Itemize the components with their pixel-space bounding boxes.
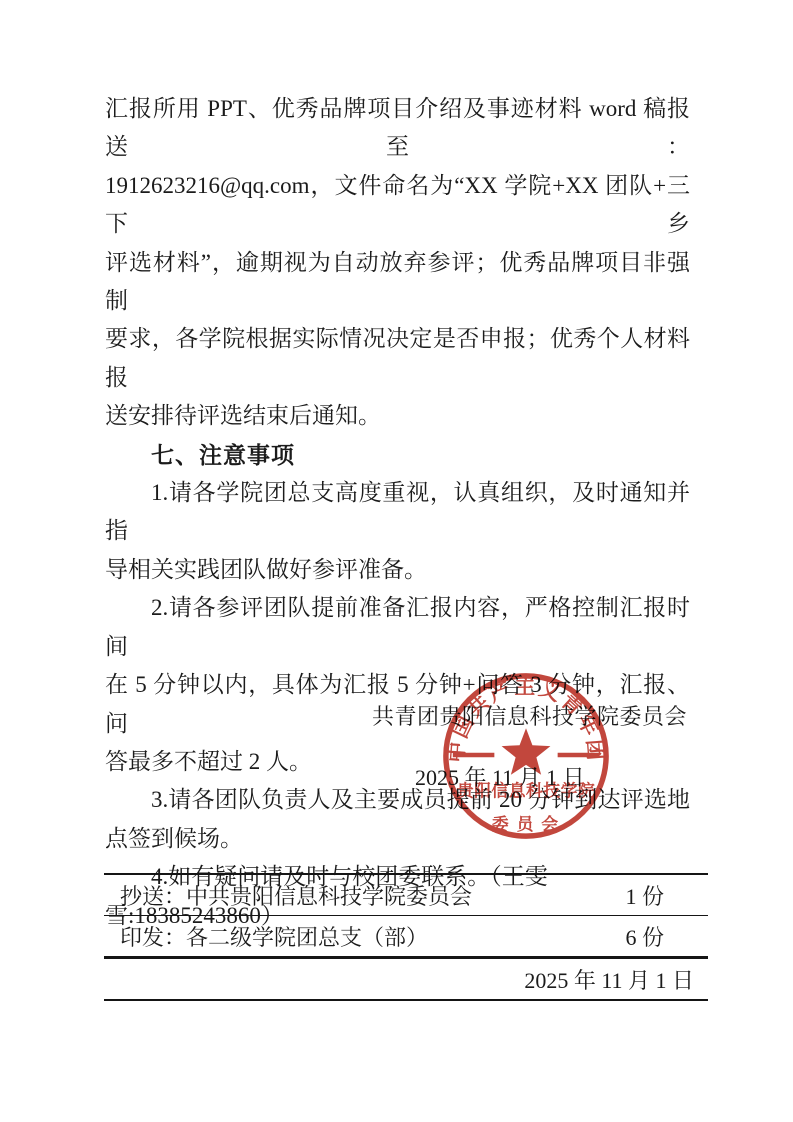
body-line: 送安排待评选结束后通知。 xyxy=(105,397,690,435)
print-date: 2025 年 11 月 1 日 xyxy=(524,964,694,995)
document-page: 汇报所用 PPT、优秀品牌项目介绍及事迹材料 word 稿报送至： 191262… xyxy=(0,0,793,1122)
section-heading: 七、注意事项 xyxy=(105,436,690,474)
print-date-row: 2025 年 11 月 1 日 xyxy=(104,956,708,999)
copy-to-label: 抄送：中共贵阳信息科技学院委员会 xyxy=(120,880,472,911)
body-line: 要求，各学院根据实际情况决定是否申报；优秀个人材料报 xyxy=(105,320,690,397)
signature-org: 共青团贵阳信息科技学院委员会 xyxy=(372,702,687,732)
body-line: 汇报所用 PPT、优秀品牌项目介绍及事迹材料 word 稿报送至： xyxy=(105,90,690,167)
body-line: 评选材料”，逾期视为自动放弃参评；优秀品牌项目非强制 xyxy=(105,244,690,321)
document-body: 汇报所用 PPT、优秀品牌项目介绍及事迹材料 word 稿报送至： 191262… xyxy=(105,90,690,935)
body-line: 点签到候场。 xyxy=(105,820,690,858)
body-line: 1912623216@qq.com，文件命名为“XX 学院+XX 团队+三下乡 xyxy=(105,167,690,244)
issued-to-count: 6 份 xyxy=(625,921,664,952)
body-line: 2.请各参评团队提前准备汇报内容，严格控制汇报时间 xyxy=(105,589,690,666)
body-line: 1.请各学院团总支高度重视，认真组织，及时通知并指 xyxy=(105,474,690,551)
distribution-table: 抄送：中共贵阳信息科技学院委员会 1 份 印发：各二级学院团总支（部） 6 份 … xyxy=(104,873,708,1001)
distribution-row-copy-to: 抄送：中共贵阳信息科技学院委员会 1 份 xyxy=(104,873,708,915)
body-line: 3.请各团队负责人及主要成员提前 20 分钟到达评选地 xyxy=(105,781,690,819)
body-line: 导相关实践团队做好参评准备。 xyxy=(105,551,690,589)
distribution-row-issued-to: 印发：各二级学院团总支（部） 6 份 xyxy=(104,915,708,956)
body-line: 答最多不超过 2 人。 xyxy=(105,743,690,781)
issued-to-label: 印发：各二级学院团总支（部） xyxy=(120,921,428,952)
signature-date: 2025 年 11 月 1 日 xyxy=(415,763,585,793)
copy-to-count: 1 份 xyxy=(625,880,664,911)
